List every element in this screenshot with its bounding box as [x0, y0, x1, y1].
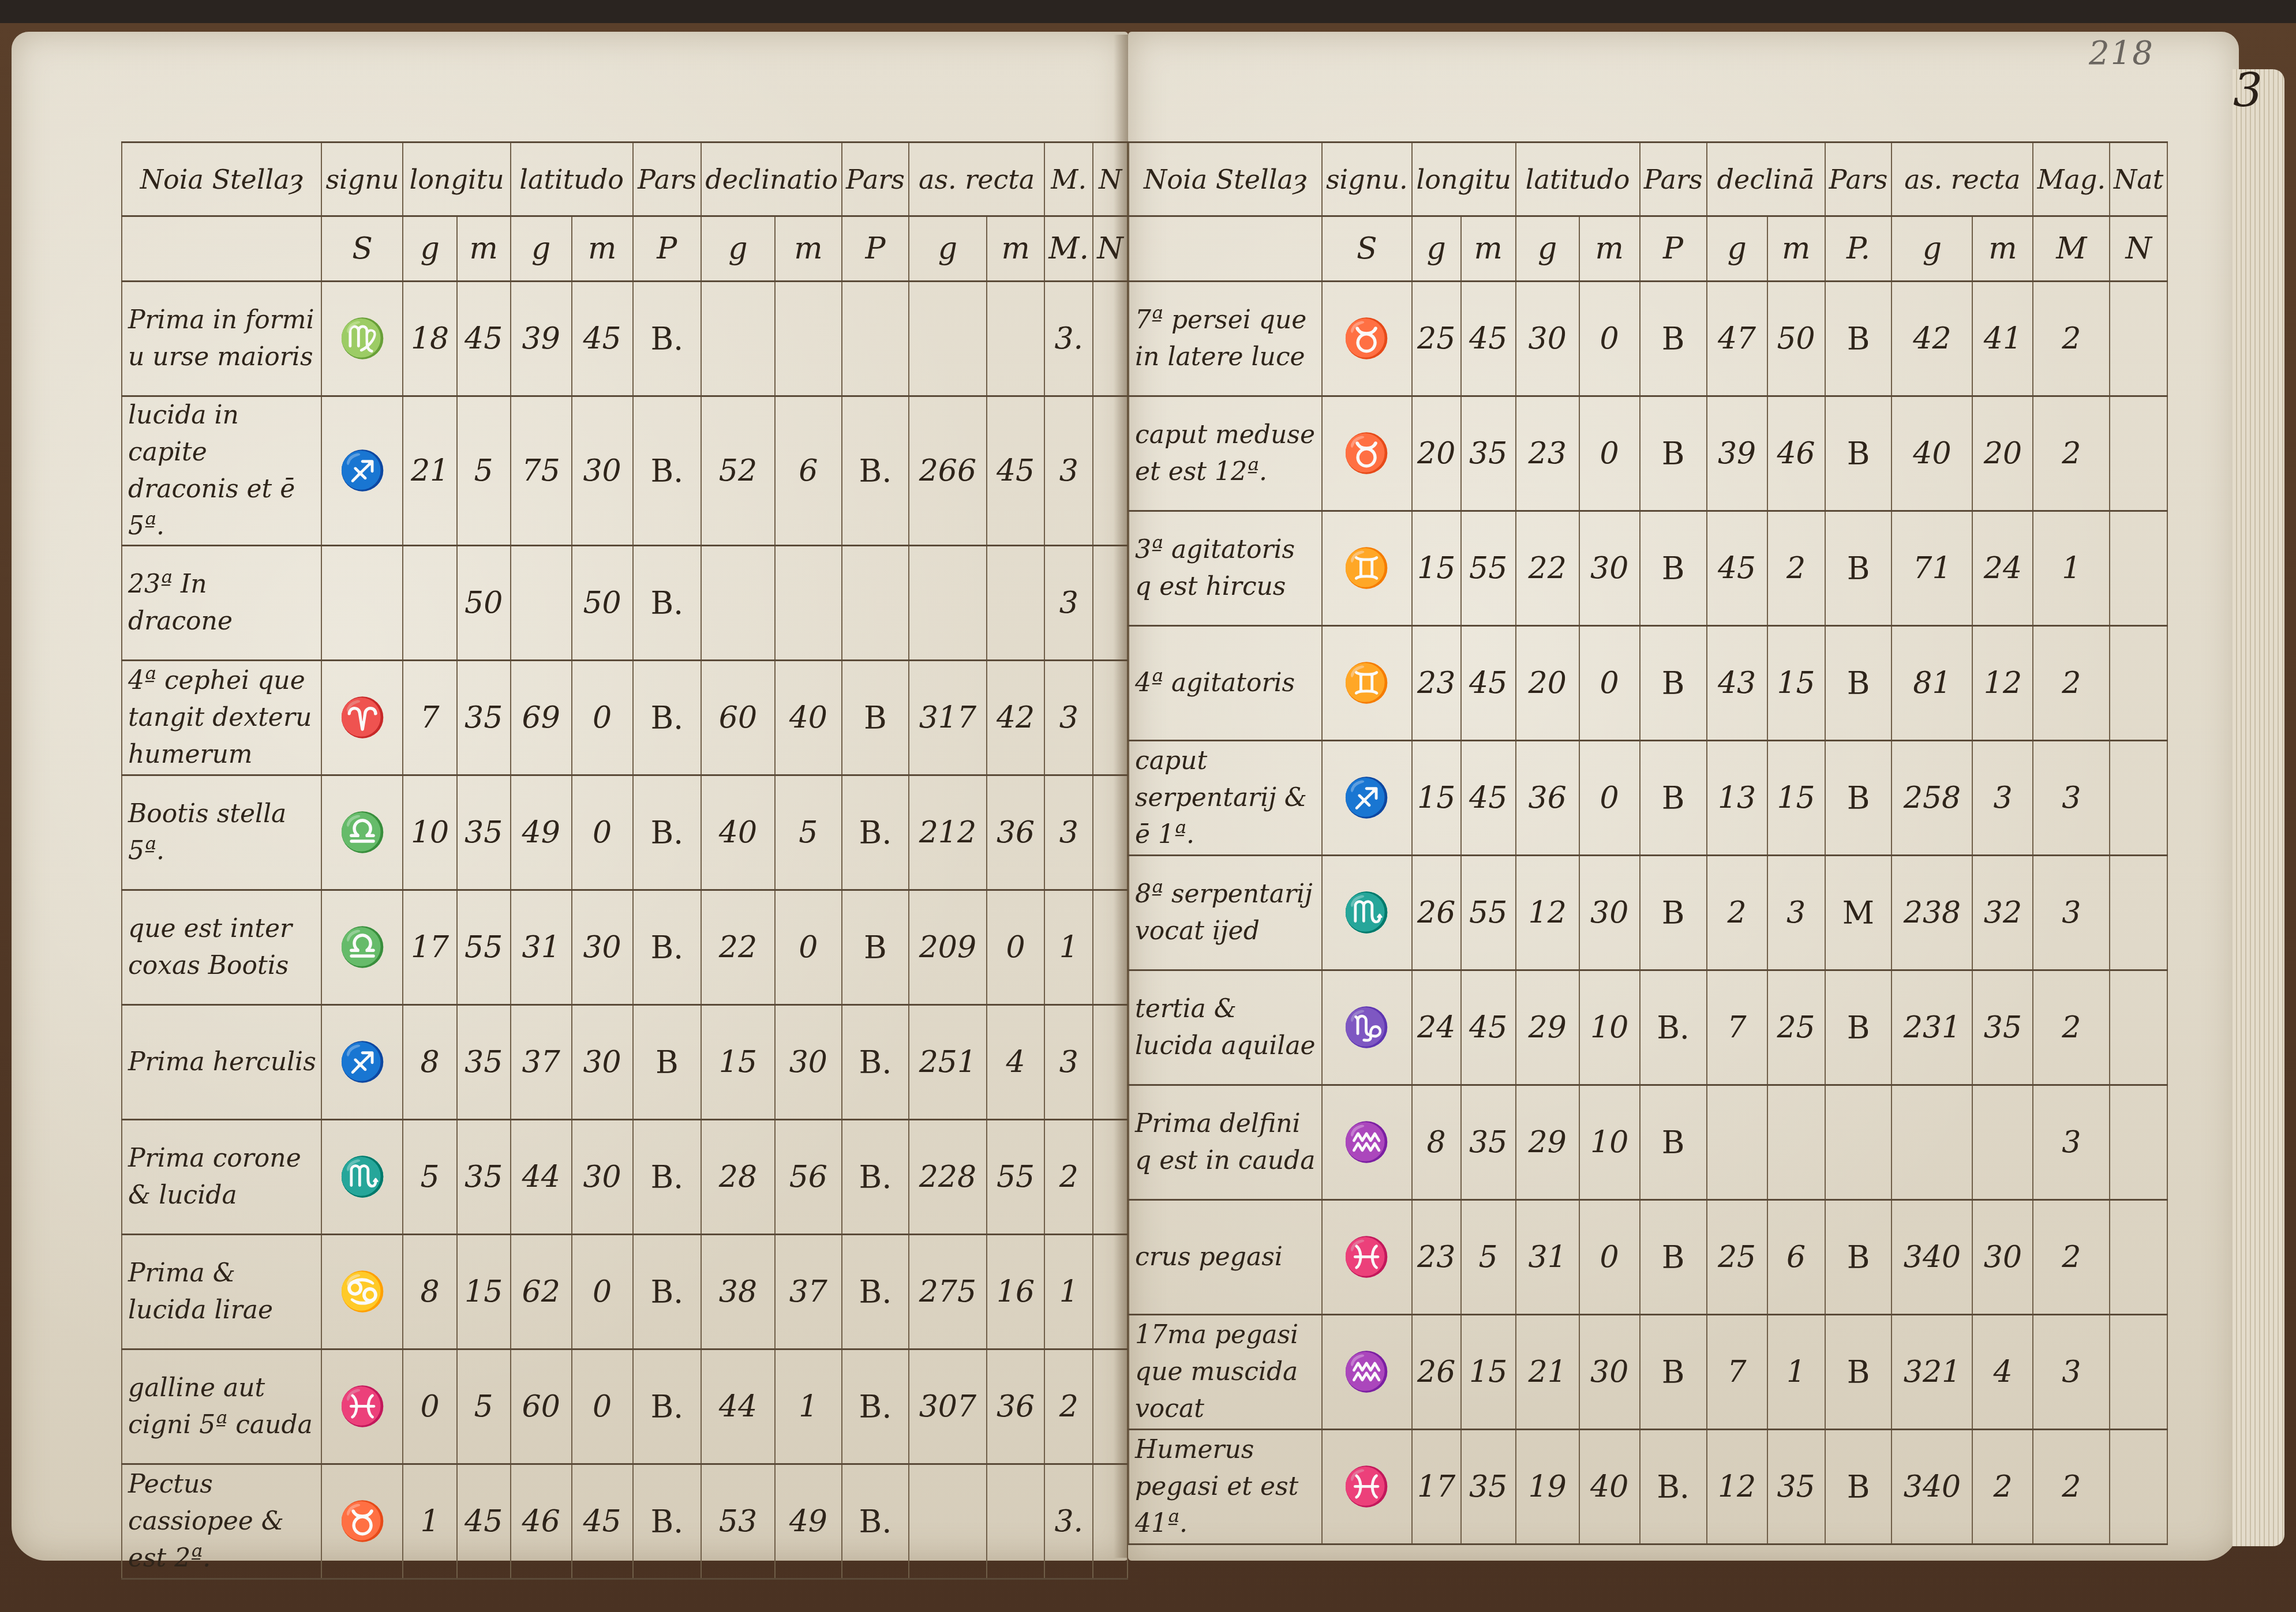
declination-degrees: 13 — [1707, 741, 1767, 856]
magnitude: 2 — [2033, 1200, 2110, 1315]
longitude-degrees: 23 — [1412, 1200, 1461, 1315]
declination-minutes: 6 — [1767, 1200, 1825, 1315]
declination-minutes: 15 — [1767, 626, 1825, 741]
nature — [2110, 741, 2167, 856]
longitude-degrees: 26 — [1412, 1315, 1461, 1430]
latitude-pars: B. — [633, 546, 702, 661]
magnitude: 2 — [1044, 1349, 1093, 1464]
zodiac-sign-icon: ♊ — [1322, 511, 1412, 626]
latitude-minutes: 30 — [572, 1120, 633, 1235]
right-ascension-minutes — [1972, 1085, 2033, 1200]
right-ascension-minutes: 20 — [1972, 396, 2033, 511]
col-header-magnitude: M. — [1044, 143, 1093, 216]
star-row: Prima delfini q est in cauda ♒ 8 35 29 1… — [1129, 1085, 2167, 1200]
declination-pars: B — [1825, 511, 1892, 626]
declination-pars: B — [1825, 396, 1892, 511]
magnitude: 3 — [2033, 741, 2110, 856]
col-header-declination: declinā — [1707, 143, 1825, 216]
nature — [2110, 856, 2167, 970]
magnitude: 1 — [1044, 890, 1093, 1005]
declination-degrees: 12 — [1707, 1430, 1767, 1544]
right-ascension-degrees: 251 — [909, 1005, 987, 1120]
right-ascension-minutes: 24 — [1972, 511, 2033, 626]
longitude-degrees: 21 — [403, 396, 456, 546]
latitude-degrees: 23 — [1516, 396, 1579, 511]
declination-degrees: 45 — [1707, 511, 1767, 626]
magnitude: 1 — [2033, 511, 2110, 626]
unit-ar-min: m — [987, 216, 1044, 282]
latitude-minutes: 30 — [572, 1005, 633, 1120]
right-ascension-minutes: 12 — [1972, 626, 2033, 741]
longitude-degrees: 5 — [403, 1120, 456, 1235]
star-row: 8ª serpentarij vocat ijed ♏ 26 55 12 30 … — [1129, 856, 2167, 970]
unit-ar-deg: g — [909, 216, 987, 282]
longitude-degrees: 17 — [403, 890, 456, 1005]
longitude-degrees: 8 — [1412, 1085, 1461, 1200]
longitude-degrees: 15 — [1412, 511, 1461, 626]
latitude-pars: B — [1640, 741, 1707, 856]
longitude-degrees: 0 — [403, 1349, 456, 1464]
nature — [2110, 626, 2167, 741]
star-row: Humerus pegasi et est 41ª. ♓ 17 35 19 40… — [1129, 1430, 2167, 1544]
zodiac-sign-icon: ♋ — [321, 1235, 403, 1349]
longitude-degrees: 1 — [403, 1464, 456, 1579]
magnitude: 3 — [2033, 1085, 2110, 1200]
magnitude: 2 — [2033, 970, 2110, 1085]
unit-decl-min: m — [775, 216, 842, 282]
star-row: 7ª persei que in latere luce ♉ 25 45 30 … — [1129, 282, 2167, 396]
latitude-degrees: 69 — [511, 661, 572, 775]
latitude-pars: B — [1640, 511, 1707, 626]
latitude-degrees: 19 — [1516, 1430, 1579, 1544]
unit-nat: N — [2110, 216, 2167, 282]
declination-pars: B. — [842, 1005, 909, 1120]
latitude-degrees: 31 — [1516, 1200, 1579, 1315]
star-name: galline aut cigni 5ª cauda — [122, 1349, 321, 1464]
declination-minutes: 30 — [775, 1005, 842, 1120]
right-ascension-minutes: 36 — [987, 775, 1044, 890]
declination-minutes: 15 — [1767, 741, 1825, 856]
zodiac-sign-icon: ♏ — [321, 1120, 403, 1235]
declination-pars — [1825, 1085, 1892, 1200]
latitude-degrees: 30 — [1516, 282, 1579, 396]
latitude-minutes: 0 — [1579, 396, 1640, 511]
declination-degrees: 40 — [701, 775, 774, 890]
longitude-degrees: 24 — [1412, 970, 1461, 1085]
latitude-pars: B — [1640, 626, 1707, 741]
right-ascension-degrees: 40 — [1892, 396, 1972, 511]
magnitude: 3 — [2033, 1315, 2110, 1430]
longitude-degrees: 15 — [1412, 741, 1461, 856]
right-star-table: Noia Stellaȝ signu. longitu latitudo Par… — [1128, 141, 2168, 1545]
longitude-degrees: 26 — [1412, 856, 1461, 970]
unit-decl-deg: g — [1707, 216, 1767, 282]
declination-pars: B — [842, 661, 909, 775]
page-edges — [2233, 69, 2284, 1546]
latitude-minutes: 0 — [1579, 741, 1640, 856]
unit-pars-2: P — [842, 216, 909, 282]
declination-degrees: 44 — [701, 1349, 774, 1464]
magnitude: 3 — [1044, 661, 1093, 775]
unit-decl-min: m — [1767, 216, 1825, 282]
header-row: Noia Stellaȝ signu. longitu latitudo Par… — [1129, 143, 2167, 216]
col-header-sign: signu — [321, 143, 403, 216]
magnitude: 3. — [1044, 1464, 1093, 1579]
zodiac-sign-icon: ♉ — [1322, 396, 1412, 511]
right-ascension-degrees: 340 — [1892, 1430, 1972, 1544]
longitude-minutes: 55 — [1461, 856, 1516, 970]
unit-lat-min: m — [1579, 216, 1640, 282]
longitude-degrees: 10 — [403, 775, 456, 890]
declination-pars: B. — [842, 1235, 909, 1349]
magnitude: 3 — [1044, 1005, 1093, 1120]
latitude-minutes: 0 — [1579, 1200, 1640, 1315]
declination-pars — [842, 282, 909, 396]
unit-pars-2: P. — [1825, 216, 1892, 282]
declination-pars: B — [1825, 626, 1892, 741]
right-ascension-degrees: 321 — [1892, 1315, 1972, 1430]
star-row: tertia & lucida aquilae ♑ 24 45 29 10 B.… — [1129, 970, 2167, 1085]
latitude-minutes: 0 — [572, 661, 633, 775]
right-ascension-degrees: 81 — [1892, 626, 1972, 741]
longitude-degrees — [403, 546, 456, 661]
unit-long-min: m — [1461, 216, 1516, 282]
col-header-sign: signu. — [1322, 143, 1412, 216]
star-name: Prima & lucida lirae — [122, 1235, 321, 1349]
latitude-minutes: 40 — [1579, 1430, 1640, 1544]
right-ascension-minutes: 2 — [1972, 1430, 2033, 1544]
zodiac-sign-icon: ♎ — [321, 890, 403, 1005]
magnitude: 2 — [2033, 396, 2110, 511]
right-ascension-minutes — [987, 282, 1044, 396]
right-ascension-minutes: 4 — [987, 1005, 1044, 1120]
latitude-minutes: 45 — [572, 1464, 633, 1579]
longitude-minutes: 35 — [457, 775, 511, 890]
right-ascension-degrees — [1892, 1085, 1972, 1200]
star-name: lucida in capite draconis et ē 5ª. — [122, 396, 321, 546]
longitude-minutes: 45 — [457, 1464, 511, 1579]
declination-pars: B — [1825, 1200, 1892, 1315]
latitude-pars: B. — [633, 1235, 702, 1349]
star-row: galline aut cigni 5ª cauda ♓ 0 5 60 0 B.… — [122, 1349, 1128, 1464]
latitude-pars: B. — [633, 396, 702, 546]
col-header-nature: Nat — [2110, 143, 2167, 216]
magnitude: 1 — [1044, 1235, 1093, 1349]
unit-sign: S — [321, 216, 403, 282]
longitude-minutes: 55 — [457, 890, 511, 1005]
declination-minutes: 5 — [775, 775, 842, 890]
right-ascension-degrees: 307 — [909, 1349, 987, 1464]
longitude-minutes: 45 — [1461, 741, 1516, 856]
col-header-longitude: longitu — [403, 143, 510, 216]
nature — [2110, 1085, 2167, 1200]
latitude-minutes: 10 — [1579, 970, 1640, 1085]
star-name: 8ª serpentarij vocat ijed — [1129, 856, 1322, 970]
zodiac-sign-icon: ♓ — [321, 1349, 403, 1464]
declination-degrees: 60 — [701, 661, 774, 775]
right-ascension-minutes: 55 — [987, 1120, 1044, 1235]
star-name: Pectus cassiopee & est 2ª. — [122, 1464, 321, 1579]
declination-pars: B — [1825, 741, 1892, 856]
longitude-minutes: 35 — [1461, 396, 1516, 511]
star-name: Prima delfini q est in cauda — [1129, 1085, 1322, 1200]
col-header-declination: declinatio — [701, 143, 842, 216]
col-header-latitude: latitudo — [1516, 143, 1640, 216]
declination-minutes: 1 — [775, 1349, 842, 1464]
star-row: 17ma pegasi que muscida vocat ♒ 26 15 21… — [1129, 1315, 2167, 1430]
latitude-minutes: 10 — [1579, 1085, 1640, 1200]
right-ascension-minutes — [987, 1464, 1044, 1579]
right-ascension-minutes: 45 — [987, 396, 1044, 546]
right-ascension-minutes: 35 — [1972, 970, 2033, 1085]
zodiac-sign-icon: ♑ — [1322, 970, 1412, 1085]
longitude-minutes: 5 — [1461, 1200, 1516, 1315]
latitude-pars: B. — [633, 1120, 702, 1235]
zodiac-sign-icon: ♊ — [1322, 626, 1412, 741]
latitude-degrees: 44 — [511, 1120, 572, 1235]
declination-minutes — [1767, 1085, 1825, 1200]
nature — [2110, 511, 2167, 626]
declination-minutes: 56 — [775, 1120, 842, 1235]
longitude-minutes: 45 — [457, 282, 511, 396]
latitude-pars: B — [633, 1005, 702, 1120]
declination-degrees: 28 — [701, 1120, 774, 1235]
declination-minutes: 2 — [1767, 511, 1825, 626]
right-ascension-degrees: 71 — [1892, 511, 1972, 626]
latitude-pars: B. — [633, 1349, 702, 1464]
right-ascension-degrees: 266 — [909, 396, 987, 546]
right-ascension-degrees: 317 — [909, 661, 987, 775]
longitude-degrees: 18 — [403, 282, 456, 396]
unit-name — [122, 216, 321, 282]
declination-minutes: 6 — [775, 396, 842, 546]
unit-long-min: m — [457, 216, 511, 282]
longitude-minutes: 35 — [457, 1005, 511, 1120]
col-header-name: Noia Stellaȝ — [1129, 143, 1322, 216]
zodiac-sign-icon: ♉ — [1322, 282, 1412, 396]
star-row: 3ª agitatoris q est hircus ♊ 15 55 22 30… — [1129, 511, 2167, 626]
magnitude: 3 — [1044, 546, 1093, 661]
right-ascension-minutes: 4 — [1972, 1315, 2033, 1430]
star-row: Prima & lucida lirae ♋ 8 15 62 0 B. 38 3… — [122, 1235, 1128, 1349]
zodiac-sign-icon: ♐ — [321, 396, 403, 546]
zodiac-sign-icon: ♓ — [1322, 1430, 1412, 1544]
right-ascension-minutes — [987, 546, 1044, 661]
declination-degrees: 15 — [701, 1005, 774, 1120]
declination-minutes: 25 — [1767, 970, 1825, 1085]
nature — [2110, 970, 2167, 1085]
latitude-pars: B. — [633, 775, 702, 890]
col-header-right-ascension: as. recta — [909, 143, 1044, 216]
declination-pars — [842, 546, 909, 661]
declination-minutes: 35 — [1767, 1430, 1825, 1544]
latitude-pars: B. — [633, 1464, 702, 1579]
latitude-minutes: 0 — [572, 1235, 633, 1349]
latitude-degrees: 39 — [511, 282, 572, 396]
latitude-minutes: 30 — [1579, 1315, 1640, 1430]
declination-pars: B. — [842, 1464, 909, 1579]
declination-pars: B — [1825, 970, 1892, 1085]
longitude-minutes: 45 — [1461, 626, 1516, 741]
zodiac-sign-icon — [321, 546, 403, 661]
latitude-minutes: 0 — [572, 1349, 633, 1464]
longitude-minutes: 35 — [457, 1120, 511, 1235]
latitude-degrees: 21 — [1516, 1315, 1579, 1430]
right-ascension-degrees: 209 — [909, 890, 987, 1005]
declination-pars: B — [1825, 282, 1892, 396]
latitude-pars: B — [1640, 282, 1707, 396]
declination-minutes: 3 — [1767, 856, 1825, 970]
latitude-pars: B. — [633, 890, 702, 1005]
right-ascension-degrees: 258 — [1892, 741, 1972, 856]
star-row: Prima in formi u urse maioris ♍ 18 45 39… — [122, 282, 1128, 396]
declination-minutes: 50 — [1767, 282, 1825, 396]
latitude-degrees — [511, 546, 572, 661]
latitude-pars: B — [1640, 396, 1707, 511]
star-row: Bootis stella 5ª. ♎ 10 35 49 0 B. 40 5 B… — [122, 775, 1128, 890]
star-name: 7ª persei que in latere luce — [1129, 282, 1322, 396]
declination-degrees: 53 — [701, 1464, 774, 1579]
left-star-table: Noia Stellaȝ signu longitu latitudo Pars… — [121, 141, 1128, 1580]
longitude-minutes: 35 — [1461, 1085, 1516, 1200]
latitude-degrees: 20 — [1516, 626, 1579, 741]
zodiac-sign-icon: ♐ — [1322, 741, 1412, 856]
declination-degrees: 2 — [1707, 856, 1767, 970]
declination-degrees — [1707, 1085, 1767, 1200]
declination-pars: B — [1825, 1430, 1892, 1544]
col-header-pars-2: Pars — [842, 143, 909, 216]
right-ascension-degrees — [909, 1464, 987, 1579]
latitude-minutes: 50 — [572, 546, 633, 661]
unit-pars: P — [1640, 216, 1707, 282]
zodiac-sign-icon: ♉ — [321, 1464, 403, 1579]
longitude-minutes: 15 — [1461, 1315, 1516, 1430]
latitude-pars: B — [1640, 1200, 1707, 1315]
unit-name — [1129, 216, 1322, 282]
declination-degrees: 7 — [1707, 1315, 1767, 1430]
declination-pars: B — [1825, 1315, 1892, 1430]
zodiac-sign-icon: ♈ — [321, 661, 403, 775]
latitude-degrees: 62 — [511, 1235, 572, 1349]
nature — [2110, 1430, 2167, 1544]
declination-minutes — [775, 282, 842, 396]
nature — [2110, 396, 2167, 511]
unit-lat-min: m — [572, 216, 633, 282]
col-header-magnitude: Mag. — [2033, 143, 2110, 216]
star-row: Prima corone & lucida ♏ 5 35 44 30 B. 28… — [122, 1120, 1128, 1235]
unit-mag: M. — [1044, 216, 1093, 282]
latitude-minutes: 0 — [1579, 626, 1640, 741]
right-ascension-minutes: 30 — [1972, 1200, 2033, 1315]
latitude-degrees: 31 — [511, 890, 572, 1005]
star-name: 4ª cephei que tangit dexteru humerum — [122, 661, 321, 775]
right-ascension-minutes: 3 — [1972, 741, 2033, 856]
latitude-minutes: 0 — [1579, 282, 1640, 396]
declination-degrees: 25 — [1707, 1200, 1767, 1315]
units-row: S g m g m P g m P g m M. N — [122, 216, 1128, 282]
declination-pars: B. — [842, 396, 909, 546]
nature — [2110, 282, 2167, 396]
star-name: Prima in formi u urse maioris — [122, 282, 321, 396]
col-header-pars: Pars — [633, 143, 702, 216]
longitude-degrees: 23 — [1412, 626, 1461, 741]
star-row: crus pegasi ♓ 23 5 31 0 B 25 6 B 340 30 … — [1129, 1200, 2167, 1315]
col-header-pars-2: Pars — [1825, 143, 1892, 216]
declination-pars: B. — [842, 1349, 909, 1464]
longitude-minutes: 45 — [1461, 282, 1516, 396]
right-ascension-degrees: 231 — [1892, 970, 1972, 1085]
latitude-degrees: 37 — [511, 1005, 572, 1120]
latitude-degrees: 29 — [1516, 1085, 1579, 1200]
right-page: 218 Noia Stellaȝ signu. longitu latitudo… — [1128, 32, 2239, 1561]
right-ascension-degrees: 275 — [909, 1235, 987, 1349]
right-ascension-degrees: 340 — [1892, 1200, 1972, 1315]
latitude-degrees: 29 — [1516, 970, 1579, 1085]
latitude-degrees: 22 — [1516, 511, 1579, 626]
latitude-minutes: 30 — [572, 890, 633, 1005]
zodiac-sign-icon: ♍ — [321, 282, 403, 396]
latitude-degrees: 60 — [511, 1349, 572, 1464]
header-row: Noia Stellaȝ signu longitu latitudo Pars… — [122, 143, 1128, 216]
col-header-longitude: longitu — [1412, 143, 1516, 216]
star-name: Bootis stella 5ª. — [122, 775, 321, 890]
declination-pars: B. — [842, 1120, 909, 1235]
right-ascension-minutes: 32 — [1972, 856, 2033, 970]
star-row: que est inter coxas Bootis ♎ 17 55 31 30… — [122, 890, 1128, 1005]
star-row: 23ª In dracone 50 50 B. 3 — [122, 546, 1128, 661]
longitude-minutes: 15 — [457, 1235, 511, 1349]
right-ascension-degrees: 42 — [1892, 282, 1972, 396]
star-row: caput meduse et est 12ª. ♉ 20 35 23 0 B … — [1129, 396, 2167, 511]
star-row: lucida in capite draconis et ē 5ª. ♐ 21 … — [122, 396, 1128, 546]
declination-minutes: 0 — [775, 890, 842, 1005]
longitude-minutes: 50 — [457, 546, 511, 661]
star-row: caput serpentarij & ē 1ª. ♐ 15 45 36 0 B… — [1129, 741, 2167, 856]
right-ascension-degrees — [909, 546, 987, 661]
longitude-degrees: 8 — [403, 1005, 456, 1120]
star-row: Pectus cassiopee & est 2ª. ♉ 1 45 46 45 … — [122, 1464, 1128, 1579]
magnitude: 2 — [1044, 1120, 1093, 1235]
latitude-pars: B — [1640, 1085, 1707, 1200]
longitude-minutes: 35 — [1461, 1430, 1516, 1544]
nature — [2110, 1315, 2167, 1430]
declination-pars: M — [1825, 856, 1892, 970]
col-header-latitude: latitudo — [511, 143, 633, 216]
latitude-pars: B — [1640, 1315, 1707, 1430]
zodiac-sign-icon: ♏ — [1322, 856, 1412, 970]
right-ascension-minutes: 42 — [987, 661, 1044, 775]
unit-pars: P — [633, 216, 702, 282]
star-name: Humerus pegasi et est 41ª. — [1129, 1430, 1322, 1544]
right-ascension-degrees — [909, 282, 987, 396]
right-table-body: 7ª persei que in latere luce ♉ 25 45 30 … — [1129, 282, 2167, 1544]
latitude-pars: B. — [633, 661, 702, 775]
left-page: Noia Stellaȝ signu longitu latitudo Pars… — [12, 32, 1128, 1561]
longitude-minutes: 5 — [457, 1349, 511, 1464]
star-name: tertia & lucida aquilae — [1129, 970, 1322, 1085]
right-ascension-minutes: 16 — [987, 1235, 1044, 1349]
magnitude: 3 — [1044, 775, 1093, 890]
right-ascension-degrees: 228 — [909, 1120, 987, 1235]
longitude-minutes: 5 — [457, 396, 511, 546]
star-row: Prima herculis ♐ 8 35 37 30 B 15 30 B. 2… — [122, 1005, 1128, 1120]
unit-lat-deg: g — [511, 216, 572, 282]
zodiac-sign-icon: ♐ — [321, 1005, 403, 1120]
declination-degrees: 7 — [1707, 970, 1767, 1085]
col-header-name: Noia Stellaȝ — [122, 143, 321, 216]
longitude-degrees: 25 — [1412, 282, 1461, 396]
zodiac-sign-icon: ♓ — [1322, 1200, 1412, 1315]
